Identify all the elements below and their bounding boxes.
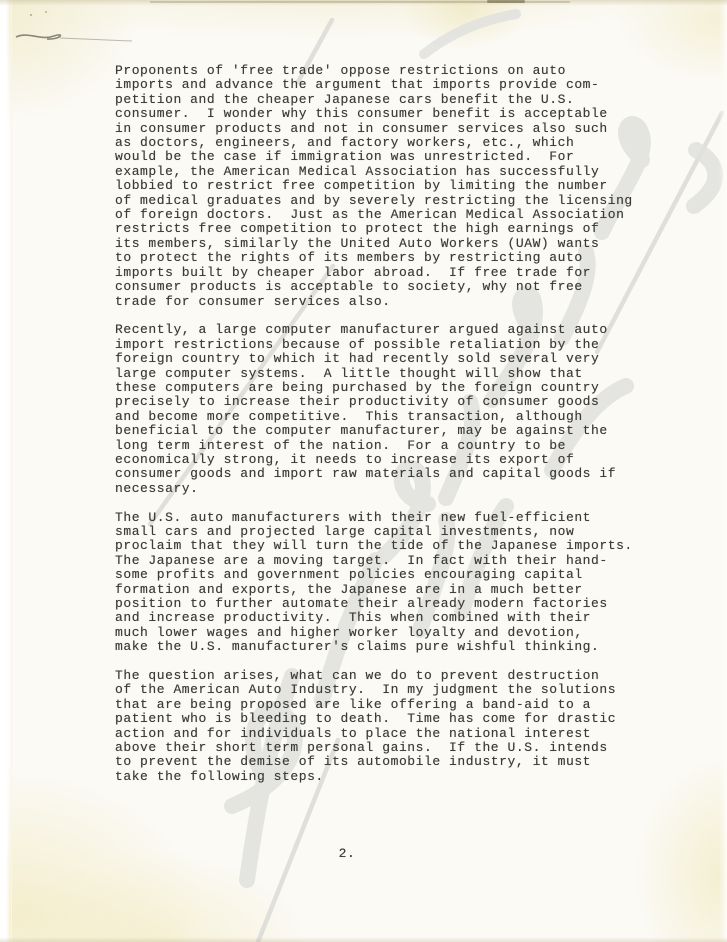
scanner-edge-left [0, 0, 12, 942]
paragraph-free-trade: Proponents of 'free trade' oppose restri… [115, 64, 680, 309]
page-number: 2. [115, 846, 579, 861]
paragraph-computer-exports: Recently, a large computer manufacturer … [115, 323, 680, 496]
paper-edge-bottom [0, 937, 727, 942]
paragraph-question-arises: The question arises, what can we do to p… [115, 669, 680, 784]
paragraph-us-manufacturers: The U.S. auto manufacturers with their n… [115, 511, 680, 655]
scanner-edge-right [719, 0, 727, 942]
scanned-page: Proponents of 'free trade' oppose restri… [0, 0, 727, 942]
pencil-smudge [16, 11, 132, 41]
typewritten-text-block: Proponents of 'free trade' oppose restri… [115, 64, 680, 799]
paper-edge-top-dash [487, 0, 525, 3]
